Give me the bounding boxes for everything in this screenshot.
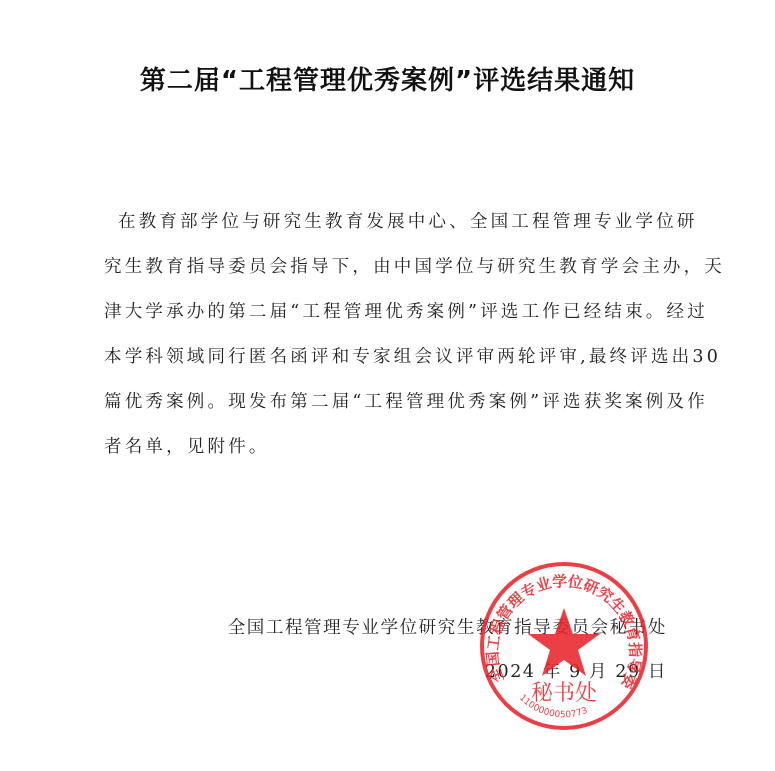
body-line: 究生教育指导委员会指导下，由中国学位与研究生教育学会主办，天 bbox=[104, 245, 674, 290]
body-line: 本学科领域同行匿名函评和专家组会议评审两轮评审,最终评选出30 bbox=[104, 335, 674, 380]
document-body: 在教育部学位与研究生教育发展中心、全国工程管理专业学位研 究生教育指导委员会指导… bbox=[104, 200, 674, 470]
body-line: 津大学承办的第二届“工程管理优秀案例”评选工作已经结束。经过 bbox=[104, 290, 674, 335]
document-title: 第二届“工程管理优秀案例”评选结果通知 bbox=[0, 60, 775, 97]
document-page: 第二届“工程管理优秀案例”评选结果通知 在教育部学位与研究生教育发展中心、全国工… bbox=[0, 0, 775, 771]
signature-organization: 全国工程管理专业学位研究生教育指导委员会秘书处 bbox=[228, 606, 667, 650]
body-line: 者名单，见附件。 bbox=[104, 425, 674, 470]
body-line: 篇优秀案例。现发布第二届“工程管理优秀案例”评选获奖案例及作 bbox=[104, 380, 674, 425]
svg-text:1100000050773: 1100000050773 bbox=[517, 693, 589, 720]
signature-date: 2024 年 9 月 29 日 bbox=[228, 650, 667, 694]
body-line: 在教育部学位与研究生教育发展中心、全国工程管理专业学位研 bbox=[104, 200, 674, 245]
signature-block: 全国工程管理专业学位研究生教育指导委员会秘书处 2024 年 9 月 29 日 bbox=[228, 606, 667, 694]
